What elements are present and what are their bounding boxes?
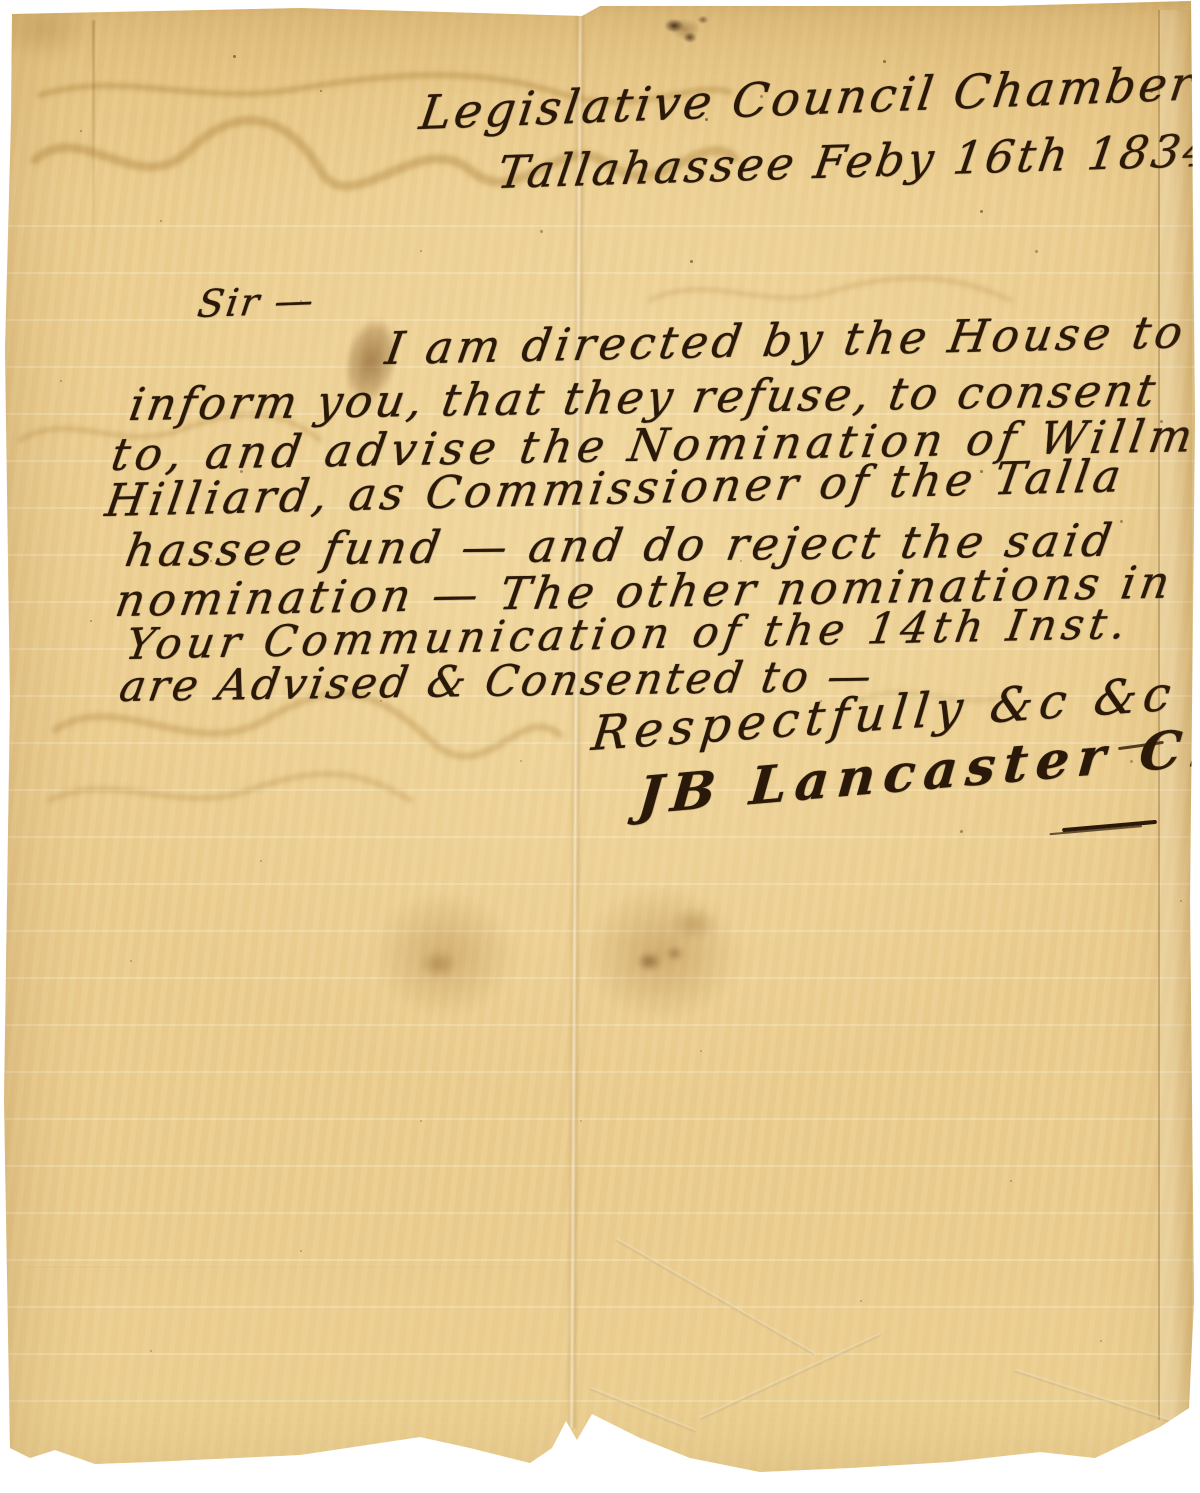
foxing-speckles (0, 0, 2, 2)
foxing-speckles (0, 0, 3, 3)
letter-paper: Legislative Council Chamber Tallahassee … (0, 0, 1200, 1493)
scanned-letter-page: Legislative Council Chamber Tallahassee … (0, 0, 1200, 1493)
paper-edge-shading (0, 0, 1200, 1493)
